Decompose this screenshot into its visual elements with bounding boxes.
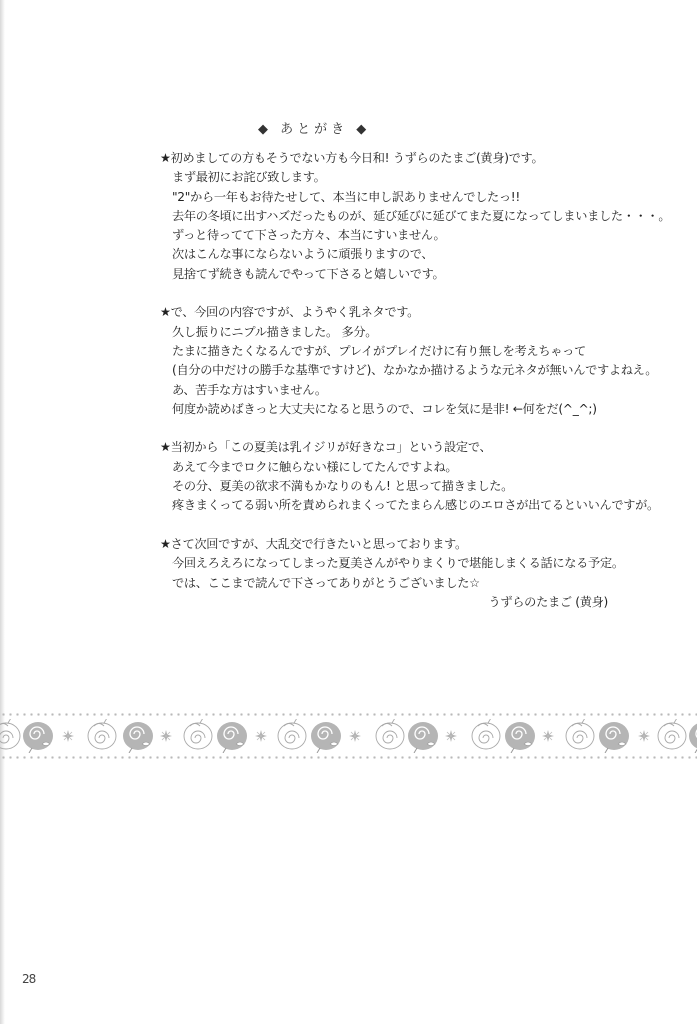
- text-line: ★初めましての方もそうでない方も今日和! うずらのたまご(黄身)です。: [160, 149, 660, 168]
- afterword-body: ★初めましての方もそうでない方も今日和! うずらのたまご(黄身)です。 まず最初…: [160, 149, 660, 631]
- page-binding-edge: [0, 0, 5, 1024]
- text-line: 次はこんな事にならないように頑張りますので、: [160, 245, 660, 264]
- text-line: あえて今までロクに触らない様にしてたんですよね。: [160, 458, 660, 477]
- text-line: "2"から一年もお待たせして、本当に申し訳ありませんでしたっ!!: [160, 188, 660, 207]
- page-number: 28: [22, 972, 35, 986]
- spiral-fruit-motif-row: [0, 719, 697, 753]
- text-line: 今回えろえろになってしまった夏美さんがやりまくりで堪能しまくる話になる予定。: [160, 554, 660, 573]
- text-line: (自分の中だけの勝手な基準ですけど)、なかなか描けるような元ネタが無いんですよね…: [160, 361, 660, 380]
- text-line: その分、夏美の欲求不満もかなりのもん! と思って描きました。: [160, 477, 660, 496]
- paragraph-2: ★で、今回の内容ですが、ようやく乳ネタです。 久し振りにニプル描きました。 多分…: [160, 303, 660, 419]
- page-title: ◆ あとがき ◆: [258, 118, 370, 137]
- paragraph-1: ★初めましての方もそうでない方も今日和! うずらのたまご(黄身)です。 まず最初…: [160, 149, 660, 284]
- author-signature: うずらのたまご (黄身): [160, 593, 660, 612]
- decorative-border-band: [0, 709, 697, 761]
- text-line: あ、苦手な方はすいません。: [160, 381, 660, 400]
- text-line: たまに描きたくなるんですが、プレイがプレイだけに有り無しを考えちゃって: [160, 342, 660, 361]
- dotted-line-bottom: [0, 756, 697, 759]
- dotted-line-top: [0, 713, 697, 716]
- text-line: ★さて次回ですが、大乱交で行きたいと思っております。: [160, 535, 660, 554]
- text-line: では、ここまで読んで下さってありがとうございました☆: [160, 574, 660, 593]
- text-line: 久し振りにニプル描きました。 多分。: [160, 323, 660, 342]
- text-line: まず最初にお詫び致します。: [160, 168, 660, 187]
- text-line: 何度か読めばきっと大丈夫になると思うので、コレを気に是非! ←何をだ(^_^;): [160, 400, 660, 419]
- paragraph-4: ★さて次回ですが、大乱交で行きたいと思っております。 今回えろえろになってしまっ…: [160, 535, 660, 612]
- paragraph-3: ★当初から「この夏美は乳イジリが好きなコ」という設定で、 あえて今までロクに触ら…: [160, 438, 660, 515]
- text-line: ずっと待ってて下さった方々、本当にすいません。: [160, 226, 660, 245]
- text-line: 去年の冬頃に出すハズだったものが、延び延びに延びてまた夏になってしまいました・・…: [160, 207, 660, 226]
- text-line: ★当初から「この夏美は乳イジリが好きなコ」という設定で、: [160, 438, 660, 457]
- text-line: 疼きまくってる弱い所を責められまくってたまらん感じのエロさが出てるといいんですが…: [160, 496, 660, 515]
- text-line: 見捨てず続きも読んでやって下さると嬉しいです。: [160, 265, 660, 284]
- text-line: ★で、今回の内容ですが、ようやく乳ネタです。: [160, 303, 660, 322]
